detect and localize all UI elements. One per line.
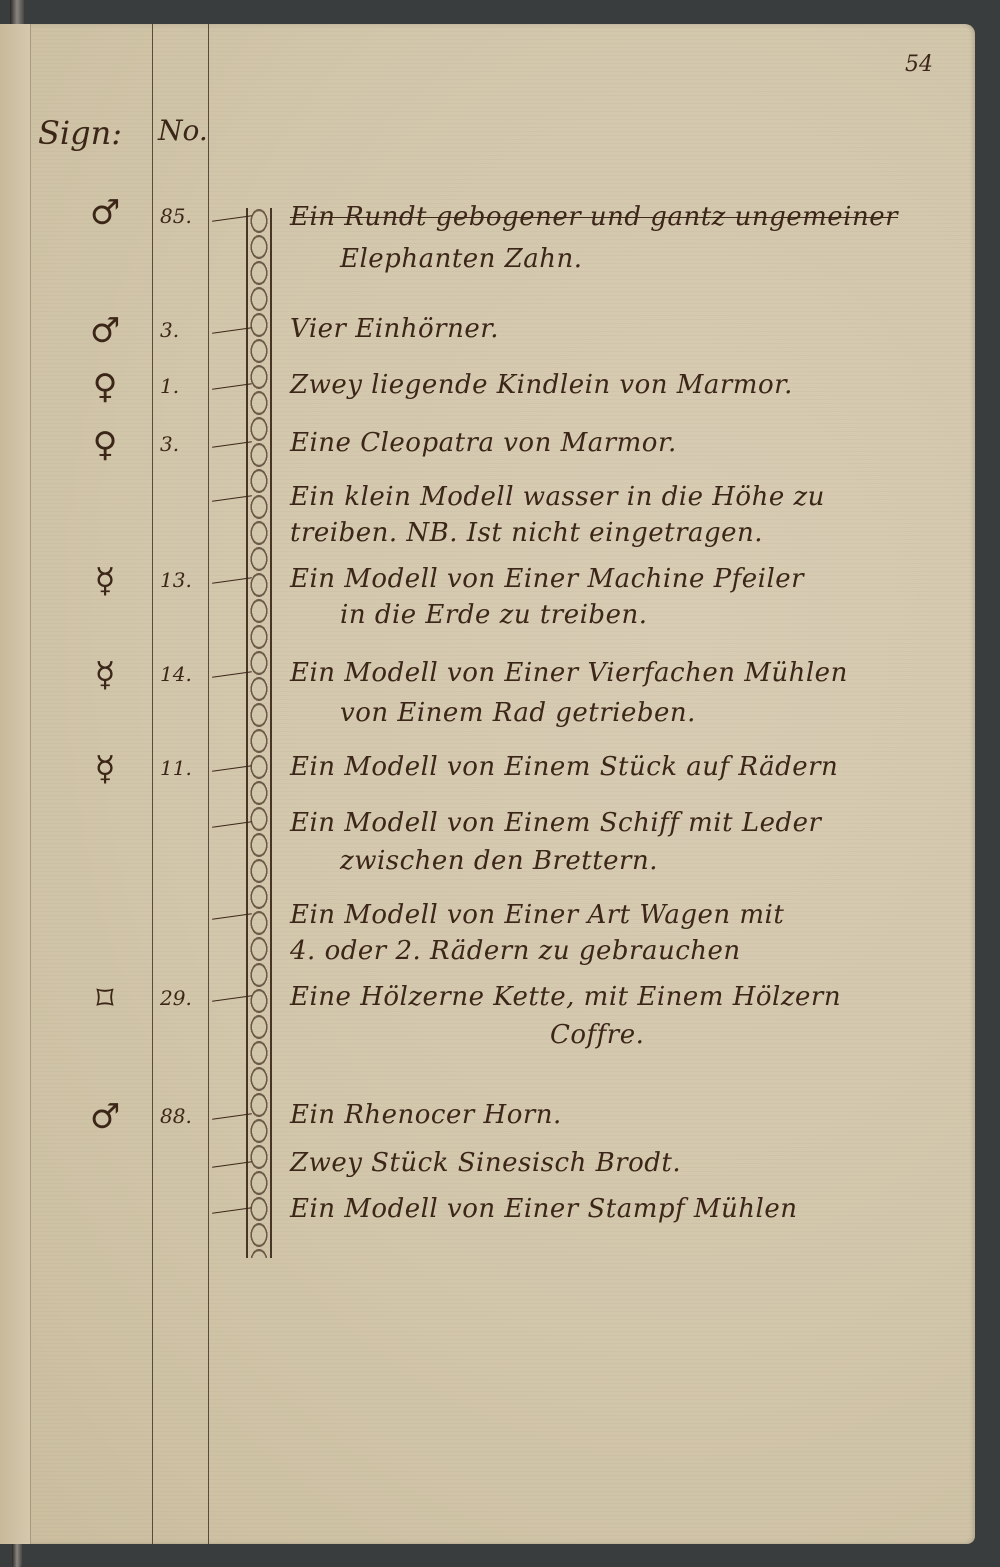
entry-text-line: Ein Modell von Einem Schiff mit Leder (290, 808, 935, 838)
entry-text-line: in die Erde zu treiben. (340, 600, 935, 630)
entry-text-line: Vier Einhörner. (290, 314, 935, 344)
page-number: 54 (905, 52, 933, 77)
entry-text-line: Ein Modell von Einer Vierfachen Mühlen (290, 658, 935, 688)
column-header-sign: Sign: (38, 114, 122, 152)
entry-number: 85. (160, 204, 210, 228)
entry-text-line: von Einem Rad getrieben. (340, 698, 935, 728)
entry-text-line: Ein Modell von Einer Stampf Mühlen (290, 1194, 935, 1224)
entry-text-line: treiben. NB. Ist nicht eingetragen. (290, 518, 935, 548)
entry-text-line: Ein Modell von Einer Art Wagen mit (290, 900, 935, 930)
manuscript-page: 54 Sign: No. ♂ 85. Ein Rundt gebogener u… (0, 24, 975, 1544)
entry-text-line: Ein Rhenocer Horn. (290, 1100, 935, 1130)
column-rule-sign (152, 24, 153, 1544)
entry-text-line: Ein Rundt gebogener und gantz ungemeiner (290, 202, 935, 232)
entry-text-line: Coffre. (550, 1020, 935, 1050)
entry-text-line: Elephanten Zahn. (340, 244, 935, 274)
entry-text-line: Eine Cleopatra von Marmor. (290, 428, 935, 458)
entry-number: 1. (160, 374, 210, 398)
entry-text-line: 4. oder 2. Rädern zu gebrauchen (290, 936, 935, 966)
entry-number: 3. (160, 432, 210, 456)
entry-number: 3. (160, 318, 210, 342)
mars-iron-symbol-icon: ♂ (80, 196, 130, 230)
page-gutter (0, 24, 31, 1544)
mercury-symbol-icon: ☿ (80, 564, 130, 598)
mercury-symbol-icon: ☿ (80, 752, 130, 786)
entry-number: 13. (160, 568, 210, 592)
entry-text-line: Zwey liegende Kindlein von Marmor. (290, 370, 935, 400)
entry-text-line: Eine Hölzerne Kette, mit Einem Hölzern (290, 982, 935, 1012)
entry-text-line: Zwey Stück Sinesisch Brodt. (290, 1148, 935, 1178)
entry-number: 11. (160, 756, 210, 780)
mars-iron-symbol-icon: ♂ (80, 314, 130, 348)
box-cross-symbol-icon: ⌑ (80, 982, 130, 1016)
column-header-number: No. (158, 114, 208, 147)
cancellation-chain-stroke (246, 208, 272, 1258)
entry-text-line: Ein klein Modell wasser in die Höhe zu (290, 482, 935, 512)
column-rule-number (208, 24, 209, 1544)
mars-iron-symbol-icon: ♂ (80, 1100, 130, 1134)
mercury-symbol-icon: ☿ (80, 658, 130, 692)
entry-number: 29. (160, 986, 210, 1010)
entry-number: 14. (160, 662, 210, 686)
entry-number: 88. (160, 1104, 210, 1128)
entry-text-line: Ein Modell von Einer Machine Pfeiler (290, 564, 935, 594)
entry-text-line: zwischen den Brettern. (340, 846, 935, 876)
entry-text-line: Ein Modell von Einem Stück auf Rädern (290, 752, 935, 782)
venus-copper-symbol-icon: ♀ (80, 428, 130, 462)
venus-copper-symbol-icon: ♀ (80, 370, 130, 404)
